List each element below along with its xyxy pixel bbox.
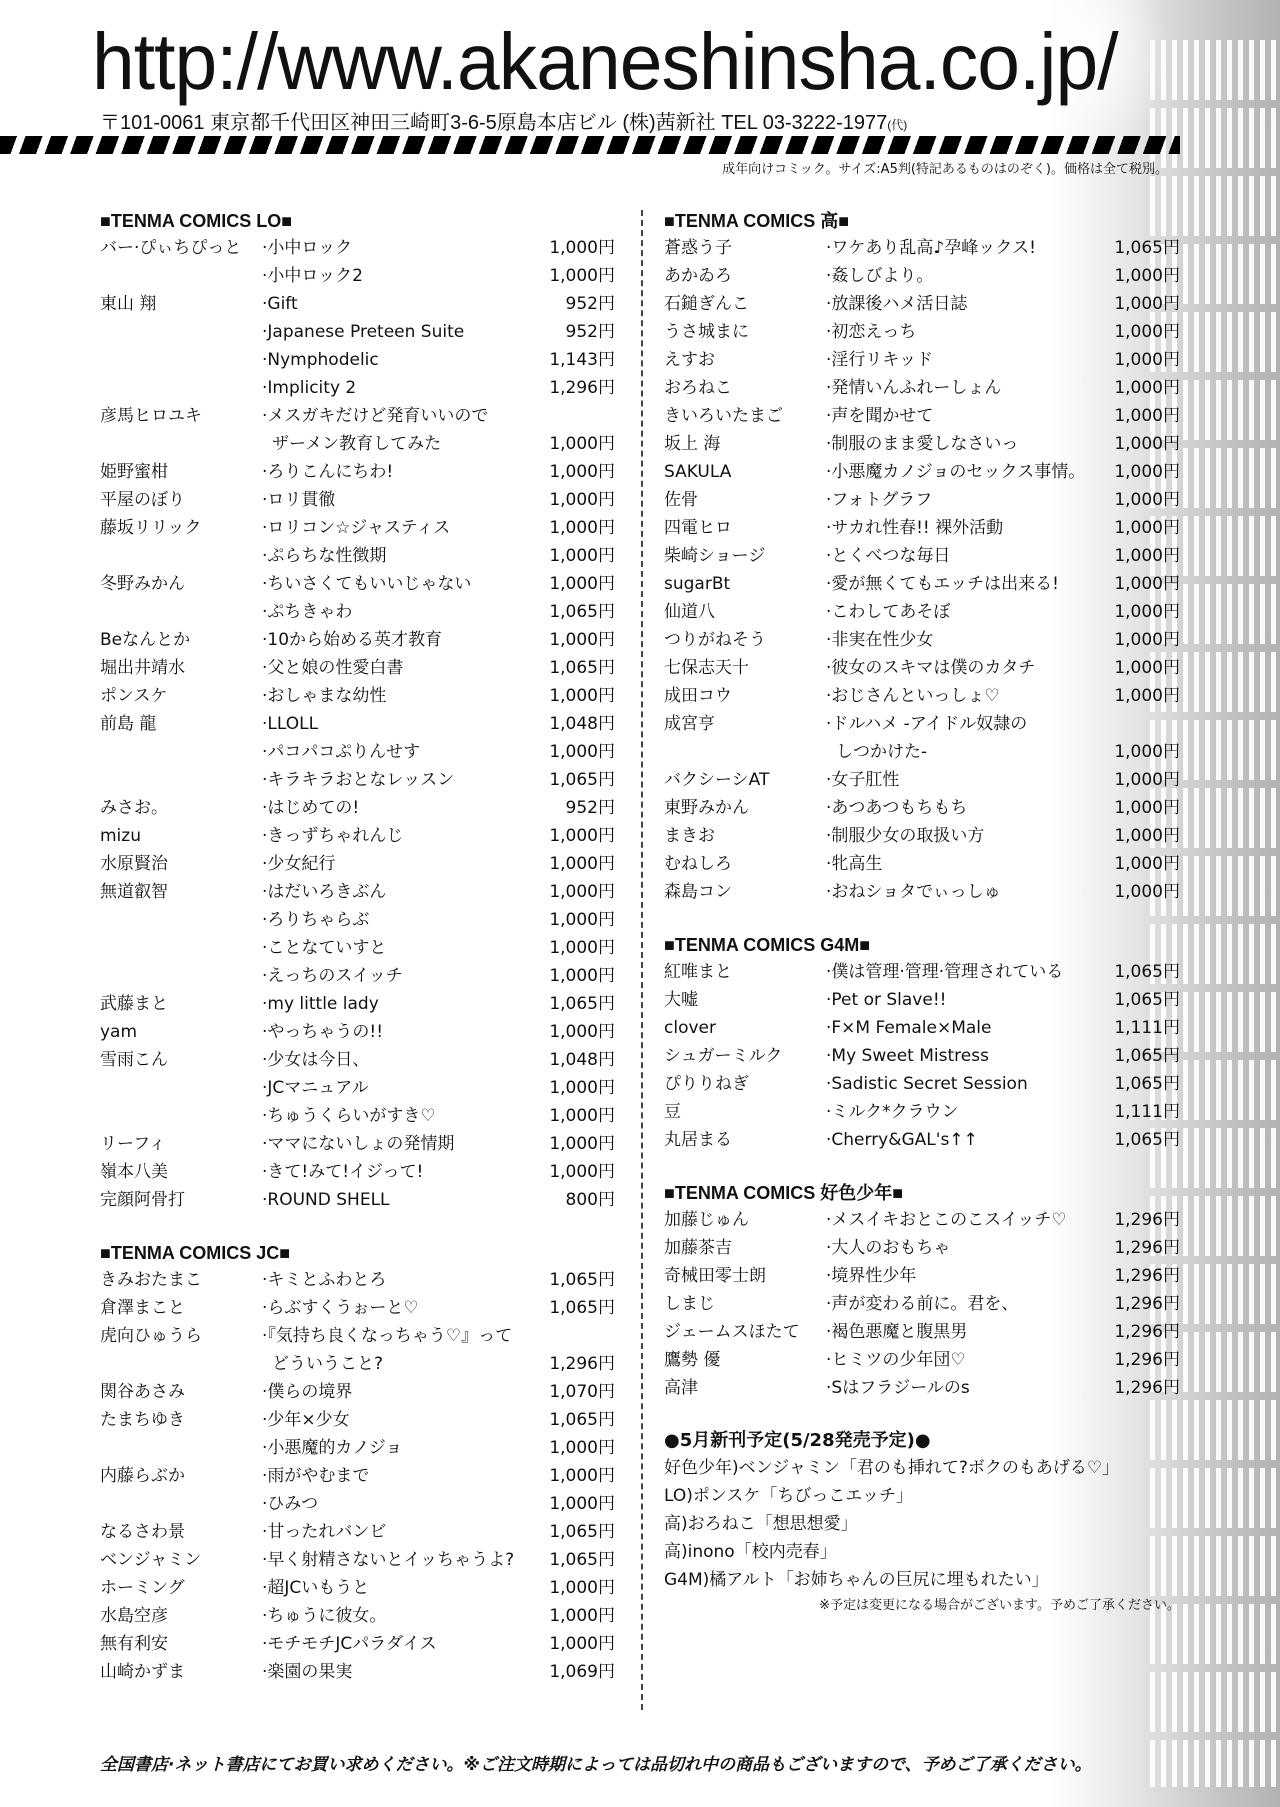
- author-name: 前島 龍: [100, 710, 262, 738]
- book-price: 1,296円: [525, 1350, 615, 1378]
- book-price: 1,296円: [1100, 1262, 1180, 1290]
- book-price: 1,000円: [525, 626, 615, 654]
- author-name: SAKULA: [664, 458, 826, 486]
- book-price: 952円: [525, 290, 615, 318]
- book-title: ·my little lady: [262, 990, 525, 1018]
- catalog-row: 水島空彦·ちゅうに彼女。1,000円: [100, 1602, 615, 1630]
- book-title: ·少年×少女: [262, 1406, 525, 1434]
- catalog-row: 彦馬ヒロユキ·メスガキだけど発育いいのでザーメン教育してみた1,000円: [100, 402, 615, 458]
- book-title: ·僕は管理·管理·管理されている: [826, 958, 1100, 986]
- catalog-row: 武藤まと·my little lady1,065円: [100, 990, 615, 1018]
- book-price: 1,296円: [525, 374, 615, 402]
- author-name: 内藤らぶか: [100, 1462, 262, 1490]
- book-price: 1,000円: [525, 1434, 615, 1462]
- book-title: ·モチモチJCパラダイス: [262, 1630, 525, 1658]
- page-header: http://www.akaneshinsha.co.jp/: [92, 22, 1172, 102]
- author-name: [100, 738, 262, 766]
- author-name: うさ城まに: [664, 318, 826, 346]
- book-price: 1,000円: [1100, 290, 1180, 318]
- book-title: ·少女紀行: [262, 850, 525, 878]
- book-title: ·えっちのスイッチ: [262, 962, 525, 990]
- author-name: 成田コウ: [664, 682, 826, 710]
- catalog-row: 完顔阿骨打·ROUND SHELL800円: [100, 1186, 615, 1214]
- book-title: ·おしゃまな幼性: [262, 682, 525, 710]
- catalog-row: 加藤じゅん·メスイキおとこのこスイッチ♡1,296円: [664, 1206, 1180, 1234]
- catalog-row: 堀出井靖水·父と娘の性愛白書1,065円: [100, 654, 615, 682]
- catalog-row: 東野みかん·あつあつもちもち1,000円: [664, 794, 1180, 822]
- catalog-row: 冬野みかん·ちいさくてもいいじゃない1,000円: [100, 570, 615, 598]
- book-price: 1,000円: [525, 1490, 615, 1518]
- author-name: 七保志天十: [664, 654, 826, 682]
- book-title-line: しつかけた-: [826, 738, 1100, 766]
- author-name: 山崎かずま: [100, 1658, 262, 1686]
- book-title: ·Sadistic Secret Session: [826, 1070, 1100, 1098]
- author-name: 石鎚ぎんこ: [664, 290, 826, 318]
- book-price: 1,065円: [525, 990, 615, 1018]
- book-title: ·早く射精さないとイッちゃうよ?: [262, 1546, 525, 1574]
- book-title: ·ママにないしょの発情期: [262, 1130, 525, 1158]
- book-price: 1,000円: [525, 1130, 615, 1158]
- author-name: ジェームスほたて: [664, 1318, 826, 1346]
- catalog-row: ぴりりねぎ·Sadistic Secret Session1,065円: [664, 1070, 1180, 1098]
- book-price: 1,000円: [1100, 318, 1180, 346]
- book-title: ·はだいろきぶん: [262, 878, 525, 906]
- author-name: [100, 318, 262, 346]
- book-title: ·『気持ち良くなっちゃう♡』ってどういうこと?: [262, 1322, 525, 1378]
- book-title: ·淫行リキッド: [826, 346, 1100, 374]
- format-note: 成年向けコミック。サイズ:A5判(特記あるものはのぞく)。価格は全て税別。: [722, 158, 1168, 177]
- author-name: バクシーシAT: [664, 766, 826, 794]
- book-price: 1,000円: [1100, 850, 1180, 878]
- book-price: 1,000円: [525, 1462, 615, 1490]
- author-name: リーフィ: [100, 1130, 262, 1158]
- book-title: ·ROUND SHELL: [262, 1186, 525, 1214]
- book-title: ·ミルク*クラウン: [826, 1098, 1100, 1126]
- book-title: ·放課後ハメ活日誌: [826, 290, 1100, 318]
- author-name: 水島空彦: [100, 1602, 262, 1630]
- catalog-row: ·Nymphodelic1,143円: [100, 346, 615, 374]
- book-title: ·ぷちきゃわ: [262, 598, 525, 626]
- author-name: 蒼惑う子: [664, 234, 826, 262]
- catalog-row: 石鎚ぎんこ·放課後ハメ活日誌1,000円: [664, 290, 1180, 318]
- book-price: 1,000円: [525, 234, 615, 262]
- book-price: 1,065円: [525, 1266, 615, 1294]
- book-price: 1,000円: [1100, 486, 1180, 514]
- catalog-row: 佐骨·フォトグラフ1,000円: [664, 486, 1180, 514]
- author-name: mizu: [100, 822, 262, 850]
- catalog-row: ·ぷらちな性徴期1,000円: [100, 542, 615, 570]
- author-name: 彦馬ヒロユキ: [100, 402, 262, 458]
- book-title-line: ·ドルハメ -アイドル奴隷の: [826, 710, 1100, 738]
- book-price: 1,111円: [1100, 1098, 1180, 1126]
- author-name: [100, 1102, 262, 1130]
- book-title: ·Nymphodelic: [262, 346, 525, 374]
- book-price: 1,296円: [1100, 1318, 1180, 1346]
- book-title: ·初恋えっち: [826, 318, 1100, 346]
- book-price: 1,065円: [1100, 1126, 1180, 1154]
- catalog-row: つりがねそう·非実在性少女1,000円: [664, 626, 1180, 654]
- book-title: ·Japanese Preteen Suite: [262, 318, 525, 346]
- book-price: 1,111円: [1100, 1014, 1180, 1042]
- catalog-row: きみおたまこ·キミとふわとろ1,065円: [100, 1266, 615, 1294]
- book-price: 1,000円: [525, 570, 615, 598]
- catalog-row: きいろいたまご·声を聞かせて1,000円: [664, 402, 1180, 430]
- catalog-row: 無道叡智·はだいろきぶん1,000円: [100, 878, 615, 906]
- book-price: 1,000円: [525, 1574, 615, 1602]
- book-title: ·ぷらちな性徴期: [262, 542, 525, 570]
- section-title: ■TENMA COMICS 高■: [664, 208, 1180, 234]
- author-name: シュガーミルク: [664, 1042, 826, 1070]
- author-name: 成宮亨: [664, 710, 826, 766]
- book-price: 1,000円: [1100, 430, 1180, 458]
- catalog-row: 高津·Sはフラジールのs1,296円: [664, 1374, 1180, 1402]
- book-title: ·やっちゃうの!!: [262, 1018, 525, 1046]
- book-title: ·LLOLL: [262, 710, 525, 738]
- column-divider: [641, 210, 643, 1710]
- author-name: まきお: [664, 822, 826, 850]
- catalog-row: 倉澤まこと·らぶすくうぉーと♡1,065円: [100, 1294, 615, 1322]
- book-title: ·女子肛性: [826, 766, 1100, 794]
- book-title-line: ザーメン教育してみた: [262, 430, 525, 458]
- book-price: 1,048円: [525, 1046, 615, 1074]
- book-price: 1,000円: [525, 458, 615, 486]
- catalog-row: バクシーシAT·女子肛性1,000円: [664, 766, 1180, 794]
- catalog-row: ·小中ロック21,000円: [100, 262, 615, 290]
- book-price: 1,000円: [525, 262, 615, 290]
- book-title-line: ·『気持ち良くなっちゃう♡』って: [262, 1322, 525, 1350]
- book-price: 1,296円: [1100, 1206, 1180, 1234]
- catalog-row: ·Japanese Preteen Suite952円: [100, 318, 615, 346]
- author-name: 平屋のぼり: [100, 486, 262, 514]
- author-name: [100, 598, 262, 626]
- author-name: 無道叡智: [100, 878, 262, 906]
- book-price: 952円: [525, 794, 615, 822]
- book-price: 1,065円: [1100, 234, 1180, 262]
- author-name: あかゐろ: [664, 262, 826, 290]
- catalog-row: yam·やっちゃうの!!1,000円: [100, 1018, 615, 1046]
- book-title: ·ろりちゃらぶ: [262, 906, 525, 934]
- author-name: つりがねそう: [664, 626, 826, 654]
- book-title: ·少女は今日、: [262, 1046, 525, 1074]
- section-title: ■TENMA COMICS LO■: [100, 208, 615, 234]
- schedule-item: 高)inono「校内売春」: [664, 1538, 1180, 1566]
- author-name: たまちゆき: [100, 1406, 262, 1434]
- catalog-row: 豆·ミルク*クラウン1,111円: [664, 1098, 1180, 1126]
- book-price: 1,065円: [1100, 986, 1180, 1014]
- book-price: 1,000円: [1100, 598, 1180, 626]
- book-price: 1,065円: [525, 766, 615, 794]
- author-name: バー·ぴぃちぴっと: [100, 234, 262, 262]
- book-title: ·ろりこんにちわ!: [262, 458, 525, 486]
- book-title: ·きて!みて!イジって!: [262, 1158, 525, 1186]
- book-price: 1,000円: [1100, 402, 1180, 430]
- catalog-row: ·えっちのスイッチ1,000円: [100, 962, 615, 990]
- publisher-address: 〒101-0061 東京都千代田区神田三崎町3-6-5原島本店ビル (株)茜新社…: [100, 106, 907, 135]
- author-name: 無有利安: [100, 1630, 262, 1658]
- author-name: 東山 翔: [100, 290, 262, 318]
- book-title: ·非実在性少女: [826, 626, 1100, 654]
- book-price: 1,000円: [525, 486, 615, 514]
- book-price: 1,000円: [1100, 374, 1180, 402]
- book-price: 1,065円: [525, 1518, 615, 1546]
- catalog-row: うさ城まに·初恋えっち1,000円: [664, 318, 1180, 346]
- catalog-row: しまじ·声が変わる前に。君を、1,296円: [664, 1290, 1180, 1318]
- book-title: ·Cherry&GAL's↑↑: [826, 1126, 1100, 1154]
- catalog-row: ·Implicity 21,296円: [100, 374, 615, 402]
- book-price: 1,065円: [1100, 1070, 1180, 1098]
- catalog-row: 東山 翔·Gift952円: [100, 290, 615, 318]
- book-title: ·らぶすくうぉーと♡: [262, 1294, 525, 1322]
- catalog-row: mizu·きっずちゃれんじ1,000円: [100, 822, 615, 850]
- author-name: [100, 962, 262, 990]
- author-name: [100, 1434, 262, 1462]
- book-title: ·ロリ貫徹: [262, 486, 525, 514]
- book-price: 1,000円: [1100, 794, 1180, 822]
- book-price: 1,000円: [525, 822, 615, 850]
- book-price: 1,143円: [525, 346, 615, 374]
- author-name: 佐骨: [664, 486, 826, 514]
- book-title-line: ·メスガキだけど発育いいので: [262, 402, 525, 430]
- catalog-row: ·ちゅうくらいがすき♡1,000円: [100, 1102, 615, 1130]
- book-price: 1,000円: [525, 514, 615, 542]
- book-title: ·Pet or Slave!!: [826, 986, 1100, 1014]
- book-title-line: どういうこと?: [262, 1350, 525, 1378]
- book-price: 1,048円: [525, 710, 615, 738]
- catalog-row: ·ろりちゃらぶ1,000円: [100, 906, 615, 934]
- author-name: ぴりりねぎ: [664, 1070, 826, 1098]
- section-title: ■TENMA COMICS G4M■: [664, 932, 1180, 958]
- book-title: ·メスイキおとこのこスイッチ♡: [826, 1206, 1100, 1234]
- catalog-row: まきお·制服少女の取扱い方1,000円: [664, 822, 1180, 850]
- catalog-row: 七保志天十·彼女のスキマは僕のカタチ1,000円: [664, 654, 1180, 682]
- author-name: 完顔阿骨打: [100, 1186, 262, 1214]
- book-price: 1,000円: [525, 934, 615, 962]
- author-name: ベンジャミン: [100, 1546, 262, 1574]
- catalog-row: ホーミング·超JCいもうと1,000円: [100, 1574, 615, 1602]
- new-release-schedule: ●5月新刊予定(5/28発売予定)● 好色少年)ベンジャミン「君のも挿れて?ボク…: [664, 1428, 1180, 1616]
- book-price: 1,065円: [525, 654, 615, 682]
- author-name: 虎向ひゅうら: [100, 1322, 262, 1378]
- author-name: [100, 1074, 262, 1102]
- catalog-row: 加藤茶吉·大人のおもちゃ1,296円: [664, 1234, 1180, 1262]
- catalog-row: clover·F×M Female×Male1,111円: [664, 1014, 1180, 1042]
- catalog-row: 姫野蜜柑·ろりこんにちわ!1,000円: [100, 458, 615, 486]
- author-name: みさお。: [100, 794, 262, 822]
- author-name: 雪雨こん: [100, 1046, 262, 1074]
- catalog-row: なるさわ景·甘ったれバンビ1,065円: [100, 1518, 615, 1546]
- book-price: 1,000円: [1100, 626, 1180, 654]
- section-title: ■TENMA COMICS 好色少年■: [664, 1180, 1180, 1206]
- book-title: ·はじめての!: [262, 794, 525, 822]
- book-title: ·僕らの境界: [262, 1378, 525, 1406]
- book-title: ·声が変わる前に。君を、: [826, 1290, 1100, 1318]
- author-name: 森島コン: [664, 878, 826, 906]
- book-title: ·ワケあり乱高♪孕峰ックス!: [826, 234, 1100, 262]
- author-name: 紅唯まと: [664, 958, 826, 986]
- author-name: 堀出井靖水: [100, 654, 262, 682]
- book-title: ·境界性少年: [826, 1262, 1100, 1290]
- author-name: 加藤じゅん: [664, 1206, 826, 1234]
- catalog-row: 柴崎ショージ·とくべつな毎日1,000円: [664, 542, 1180, 570]
- author-name: sugarBt: [664, 570, 826, 598]
- author-name: おろねこ: [664, 374, 826, 402]
- catalog-row: 成宮亨·ドルハメ -アイドル奴隷のしつかけた-1,000円: [664, 710, 1180, 766]
- book-price: 1,000円: [525, 1074, 615, 1102]
- book-title: ·ヒミツの少年団♡: [826, 1346, 1100, 1374]
- book-price: 1,000円: [525, 1630, 615, 1658]
- catalog-section: ■TENMA COMICS 好色少年■加藤じゅん·メスイキおとこのこスイッチ♡1…: [664, 1180, 1180, 1402]
- book-title: ·JCマニュアル: [262, 1074, 525, 1102]
- author-name: 東野みかん: [664, 794, 826, 822]
- book-price: 1,000円: [1100, 570, 1180, 598]
- author-name: [100, 346, 262, 374]
- book-price: 1,000円: [525, 906, 615, 934]
- author-name: 柴崎ショージ: [664, 542, 826, 570]
- catalog-row: シュガーミルク·My Sweet Mistress1,065円: [664, 1042, 1180, 1070]
- book-price: 1,296円: [1100, 1290, 1180, 1318]
- catalog-row: 蒼惑う子·ワケあり乱高♪孕峰ックス!1,065円: [664, 234, 1180, 262]
- book-title: ·パコパコぷりんせす: [262, 738, 525, 766]
- author-name: 大嘘: [664, 986, 826, 1014]
- catalog-row: 山崎かずま·楽園の果実1,069円: [100, 1658, 615, 1686]
- book-title: ·フォトグラフ: [826, 486, 1100, 514]
- catalog-section: ■TENMA COMICS LO■バー·ぴぃちぴっと·小中ロック1,000円·小…: [100, 208, 615, 1214]
- book-title: ·牝高生: [826, 850, 1100, 878]
- book-price: 1,000円: [525, 878, 615, 906]
- catalog-row: あかゐろ·姦しびより。1,000円: [664, 262, 1180, 290]
- catalog-row: 紅唯まと·僕は管理·管理·管理されている1,065円: [664, 958, 1180, 986]
- book-price: 1,000円: [525, 1602, 615, 1630]
- catalog-row: 鷹勢 優·ヒミツの少年団♡1,296円: [664, 1346, 1180, 1374]
- catalog-row: 雪雨こん·少女は今日、1,048円: [100, 1046, 615, 1074]
- book-price: 952円: [525, 318, 615, 346]
- book-title: ·愛が無くてもエッチは出来る!: [826, 570, 1100, 598]
- schedule-item: 好色少年)ベンジャミン「君のも挿れて?ボクのもあげる♡」: [664, 1454, 1180, 1482]
- address-suffix: (代): [887, 118, 907, 132]
- book-price: 1,000円: [1100, 822, 1180, 850]
- catalog-row: ·ひみつ1,000円: [100, 1490, 615, 1518]
- catalog-row: SAKULA·小悪魔カノジョのセックス事情。1,000円: [664, 458, 1180, 486]
- book-title: ·小中ロック: [262, 234, 525, 262]
- book-price: 1,000円: [525, 738, 615, 766]
- author-name: なるさわ景: [100, 1518, 262, 1546]
- book-title: ·大人のおもちゃ: [826, 1234, 1100, 1262]
- author-name: 仙道八: [664, 598, 826, 626]
- book-price: 1,000円: [525, 1102, 615, 1130]
- book-title: ·ドルハメ -アイドル奴隷のしつかけた-: [826, 710, 1100, 766]
- author-name: 姫野蜜柑: [100, 458, 262, 486]
- author-name: clover: [664, 1014, 826, 1042]
- schedule-item: 高)おろねこ「想思想愛」: [664, 1510, 1180, 1538]
- book-price: 1,000円: [1100, 514, 1180, 542]
- catalog-row: バー·ぴぃちぴっと·小中ロック1,000円: [100, 234, 615, 262]
- author-name: 坂上 海: [664, 430, 826, 458]
- book-title: ·超JCいもうと: [262, 1574, 525, 1602]
- catalog-row: たまちゆき·少年×少女1,065円: [100, 1406, 615, 1434]
- book-title: ·Gift: [262, 290, 525, 318]
- book-title: ·褐色悪魔と腹黒男: [826, 1318, 1100, 1346]
- catalog-row: ポンスケ·おしゃまな幼性1,000円: [100, 682, 615, 710]
- book-title: ·10から始める英才教育: [262, 626, 525, 654]
- catalog-row: 丸居まる·Cherry&GAL's↑↑1,065円: [664, 1126, 1180, 1154]
- book-title: ·きっずちゃれんじ: [262, 822, 525, 850]
- book-title: ·あつあつもちもち: [826, 794, 1100, 822]
- book-price: 1,069円: [525, 1658, 615, 1686]
- section-title: ■TENMA COMICS JC■: [100, 1240, 615, 1266]
- schedule-note: ※予定は変更になる場合がございます。予めご了承ください。: [664, 1596, 1180, 1616]
- book-title: ·ちゅうに彼女。: [262, 1602, 525, 1630]
- book-title: ·雨がやむまで: [262, 1462, 525, 1490]
- catalog-row: みさお。·はじめての!952円: [100, 794, 615, 822]
- author-name: きいろいたまご: [664, 402, 826, 430]
- book-title: ·おじさんといっしょ♡: [826, 682, 1100, 710]
- author-name: 豆: [664, 1098, 826, 1126]
- book-price: 1,296円: [1100, 1346, 1180, 1374]
- book-title: ·制服のまま愛しなさいっ: [826, 430, 1100, 458]
- book-title: ·甘ったれバンビ: [262, 1518, 525, 1546]
- catalog-section: ■TENMA COMICS G4M■紅唯まと·僕は管理·管理·管理されている1,…: [664, 932, 1180, 1154]
- book-title: ·ちゅうくらいがすき♡: [262, 1102, 525, 1130]
- book-price: 1,296円: [1100, 1374, 1180, 1402]
- catalog-row: 坂上 海·制服のまま愛しなさいっ1,000円: [664, 430, 1180, 458]
- book-title: ·制服少女の取扱い方: [826, 822, 1100, 850]
- author-name: ホーミング: [100, 1574, 262, 1602]
- book-title: ·F×M Female×Male: [826, 1014, 1100, 1042]
- catalog-row: 関谷あさみ·僕らの境界1,070円: [100, 1378, 615, 1406]
- author-name: [100, 1490, 262, 1518]
- author-name: [100, 374, 262, 402]
- book-title: ·キミとふわとろ: [262, 1266, 525, 1294]
- book-price: 1,000円: [525, 542, 615, 570]
- catalog-row: ·パコパコぷりんせす1,000円: [100, 738, 615, 766]
- author-name: 加藤茶吉: [664, 1234, 826, 1262]
- author-name: [100, 766, 262, 794]
- book-price: 1,065円: [1100, 1042, 1180, 1070]
- catalog-row: リーフィ·ママにないしょの発情期1,000円: [100, 1130, 615, 1158]
- schedule-item: G4M)橘アルト「お姉ちゃんの巨尻に埋もれたい」: [664, 1566, 1180, 1594]
- book-price: 1,000円: [525, 962, 615, 990]
- catalog-section: ■TENMA COMICS 高■蒼惑う子·ワケあり乱高♪孕峰ックス!1,065円…: [664, 208, 1180, 906]
- book-title: ·ことなていすと: [262, 934, 525, 962]
- catalog-row: ·ぷちきゃわ1,065円: [100, 598, 615, 626]
- right-column: ■TENMA COMICS 高■蒼惑う子·ワケあり乱高♪孕峰ックス!1,065円…: [664, 208, 1180, 1616]
- catalog-row: おろねこ·発情いんふれーしょん1,000円: [664, 374, 1180, 402]
- footer-note: 全国書店·ネット書店にてお買い求めください。※ご注文時期によっては品切れ中の商品…: [100, 1750, 1092, 1775]
- catalog-row: ジェームスほたて·褐色悪魔と腹黒男1,296円: [664, 1318, 1180, 1346]
- book-title: ·小悪魔カノジョのセックス事情。: [826, 458, 1100, 486]
- book-title: ·小中ロック2: [262, 262, 525, 290]
- author-name: ポンスケ: [100, 682, 262, 710]
- catalog-row: ·キラキラおとなレッスン1,065円: [100, 766, 615, 794]
- publisher-url[interactable]: http://www.akaneshinsha.co.jp/: [92, 22, 1129, 102]
- book-title: ·ひみつ: [262, 1490, 525, 1518]
- catalog-row: 成田コウ·おじさんといっしょ♡1,000円: [664, 682, 1180, 710]
- author-name: むねしろ: [664, 850, 826, 878]
- catalog-row: 大嘘·Pet or Slave!!1,065円: [664, 986, 1180, 1014]
- catalog-row: ·JCマニュアル1,000円: [100, 1074, 615, 1102]
- author-name: 鷹勢 優: [664, 1346, 826, 1374]
- book-title: ·キラキラおとなレッスン: [262, 766, 525, 794]
- book-title: ·声を聞かせて: [826, 402, 1100, 430]
- author-name: きみおたまこ: [100, 1266, 262, 1294]
- catalog-row: 森島コン·おねショタでぃっしゅ1,000円: [664, 878, 1180, 906]
- book-title: ·サカれ性春!! 裸外活動: [826, 514, 1100, 542]
- catalog-row: 水原賢治·少女紀行1,000円: [100, 850, 615, 878]
- book-price: 1,000円: [1100, 458, 1180, 486]
- author-name: 藤坂リリック: [100, 514, 262, 542]
- book-price: 800円: [525, 1186, 615, 1214]
- book-title: ·ロリコン☆ジャスティス: [262, 514, 525, 542]
